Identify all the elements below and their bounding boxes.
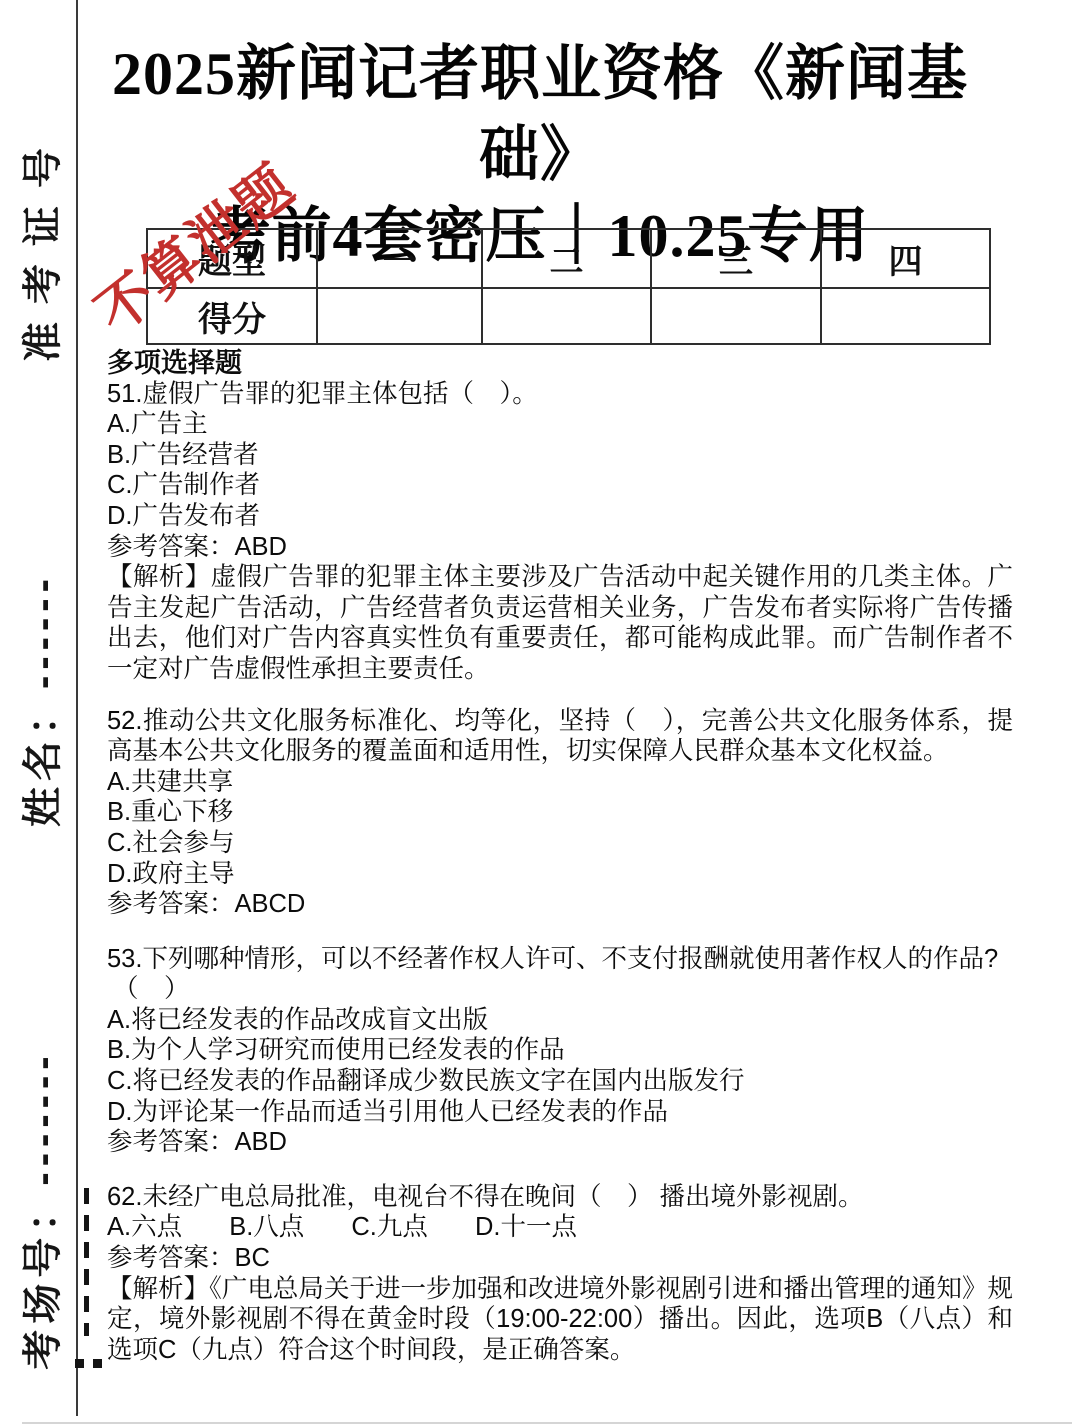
- score-table-col-3: 三: [651, 229, 821, 288]
- q51-option-d: D.广告发布者: [107, 501, 1013, 532]
- sidebar-divider-line: [76, 0, 78, 1416]
- q52-answer: 参考答案：ABCD: [107, 889, 1013, 920]
- q53-text: 53.下列哪种情形，可以不经著作权人许可、不支付报酬就使用著作权人的作品?: [107, 944, 1013, 975]
- section-heading: 多项选择题: [107, 348, 1013, 379]
- q62-analysis: 【解析】《广电总局关于进一步加强和改进境外影视剧引进和播出管理的通知》规定，境外…: [107, 1274, 1013, 1366]
- q62-option-c: C.九点: [351, 1212, 428, 1243]
- score-table-col-2: 二: [482, 229, 651, 288]
- q51-analysis: 【解析】虚假广告罪的犯罪主体主要涉及广告活动中起关键作用的几类主体。广告主发起广…: [107, 562, 1013, 684]
- question-content: 多项选择题 51.虚假广告罪的犯罪主体包括（ ）。 A.广告主 B.广告经营者 …: [107, 348, 1013, 1365]
- fold-dot: [93, 1359, 102, 1368]
- question-51: 51.虚假广告罪的犯罪主体包括（ ）。 A.广告主 B.广告经营者 C.广告制作…: [107, 379, 1013, 685]
- sidebar-name-label: 姓名：------: [19, 559, 67, 841]
- q53-option-a: A.将已经发表的作品改成盲文出版: [107, 1005, 1013, 1036]
- q53-option-c: C.将已经发表的作品翻译成少数民族文字在国内出版发行: [107, 1066, 1013, 1097]
- q53-answer: 参考答案：ABD: [107, 1127, 1013, 1158]
- q53-option-d: D.为评论某一作品而适当引用他人已经发表的作品: [107, 1097, 1013, 1128]
- score-table-empty-cell-3: [651, 288, 821, 344]
- q51-answer: 参考答案：ABD: [107, 532, 1013, 563]
- q52-option-b: B.重心下移: [107, 797, 1013, 828]
- q52-text: 52.推动公共文化服务标准化、均等化，坚持（ ），完善公共文化服务体系，提高基本…: [107, 706, 1013, 767]
- score-table-score-row: 得分: [147, 288, 990, 344]
- sidebar-admission-number-label: 准考证号: [19, 130, 67, 362]
- q62-options-row: A.六点 B.八点 C.九点 D.十一点: [107, 1212, 1013, 1243]
- exam-paper-page: 准考证号 姓名：------ 考场号：------- 不算泄题 2025新闻记者…: [0, 0, 1080, 1426]
- q52-option-a: A.共建共享: [107, 767, 1013, 798]
- question-62: 62.未经广电总局批准，电视台不得在晚间（ ） 播出境外影视剧。 A.六点 B.…: [107, 1182, 1013, 1366]
- fold-dot: [75, 1359, 84, 1368]
- score-table-empty-cell-4: [821, 288, 990, 344]
- sidebar-room-number-label: 考场号：-------: [19, 1034, 67, 1386]
- q53-option-b: B.为个人学习研究而使用已经发表的作品: [107, 1035, 1013, 1066]
- q62-answer: 参考答案：BC: [107, 1243, 1013, 1274]
- q51-option-c: C.广告制作者: [107, 470, 1013, 501]
- q62-option-b: B.八点: [229, 1212, 304, 1243]
- score-table: 题型 一 二 三 四 得分: [146, 228, 991, 345]
- q51-text: 51.虚假广告罪的犯罪主体包括（ ）。: [107, 379, 1013, 410]
- score-table-col-4: 四: [821, 229, 990, 288]
- q62-option-d: D.十一点: [475, 1212, 577, 1243]
- q62-option-a: A.六点: [107, 1212, 182, 1243]
- score-table-col-1: 一: [317, 229, 482, 288]
- q51-option-b: B.广告经营者: [107, 440, 1013, 471]
- question-53: 53.下列哪种情形，可以不经著作权人许可、不支付报酬就使用著作权人的作品? （ …: [107, 944, 1013, 1158]
- q51-option-a: A.广告主: [107, 409, 1013, 440]
- score-table-type-row: 题型 一 二 三 四: [147, 229, 990, 288]
- q62-text: 62.未经广电总局批准，电视台不得在晚间（ ） 播出境外影视剧。: [107, 1182, 1013, 1213]
- q52-option-d: D.政府主导: [107, 859, 1013, 890]
- exam-title-line1: 2025新闻记者职业资格《新闻基础》: [90, 34, 990, 196]
- score-table-empty-cell-2: [482, 288, 651, 344]
- q53-text-line2: （ ）: [107, 974, 1013, 1005]
- question-52: 52.推动公共文化服务标准化、均等化，坚持（ ），完善公共文化服务体系，提高基本…: [107, 706, 1013, 920]
- fold-dashed-line: [84, 1188, 89, 1336]
- score-table-empty-cell-1: [317, 288, 482, 344]
- page-bottom-edge: [22, 1422, 1072, 1424]
- q52-option-c: C.社会参与: [107, 828, 1013, 859]
